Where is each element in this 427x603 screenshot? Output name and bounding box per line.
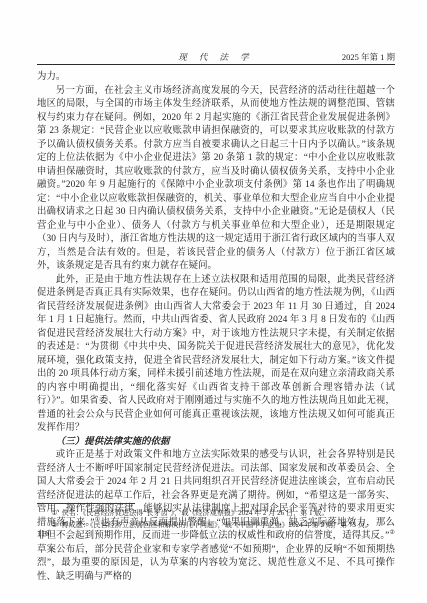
footnote-2-text: 傅成愿：《民营经济立法需回应和解决的几个问题》，载《中国中小企业》2024 年第… [62,521,372,529]
journal-page: 现 代 法 学 2025 年第 1 期 为力。 另一方面，在社会主义市场经济高度… [0,0,427,603]
body-paragraph-continuation: 为力。 [37,71,395,85]
footnote-2: ②傅成愿：《民营经济立法需回应和解决的几个问题》，载《中国中小企业》2024 年… [37,520,395,532]
footnotes-block: ①佚名：《民营经济促进法得“长牙齿”》，载《经济观察报》2024 年 2 月 2… [37,508,395,531]
paragraph-4-segment-3: 草案公布后，部分民营企业家和专家学者感觉“不如预期”，企业界的反响“不如预期热烈… [37,545,395,582]
header-rule [37,64,395,65]
footnote-separator [37,503,135,504]
issue-label: 2025 年第 1 期 [342,51,395,63]
page-number: 116 [37,528,49,538]
footnote-1-text: 佚名：《民营经济促进法得“长牙齿”》，载《经济观察报》2024 年 2 月 26… [62,509,329,517]
page-header: 现 代 法 学 2025 年第 1 期 [37,51,395,64]
section-subheading: （三）提供法律实施的依据 [37,436,395,450]
journal-title: 现 代 法 学 [178,51,253,63]
body-paragraph-3: 此外，正是由于地方性法规存在上述立法权限和适用范围的局限，此类民营经济促进条例是… [37,274,395,436]
footnote-2-marker: ② [51,521,57,529]
footnote-1: ①佚名：《民营经济促进法得“长牙齿”》，载《经济观察报》2024 年 2 月 2… [37,508,395,520]
footnote-1-marker: ① [51,509,57,517]
body-paragraph-2: 另一方面，在社会主义市场经济高度发展的今天，民营经济的活动往往超越一个地区的局限… [37,85,395,274]
